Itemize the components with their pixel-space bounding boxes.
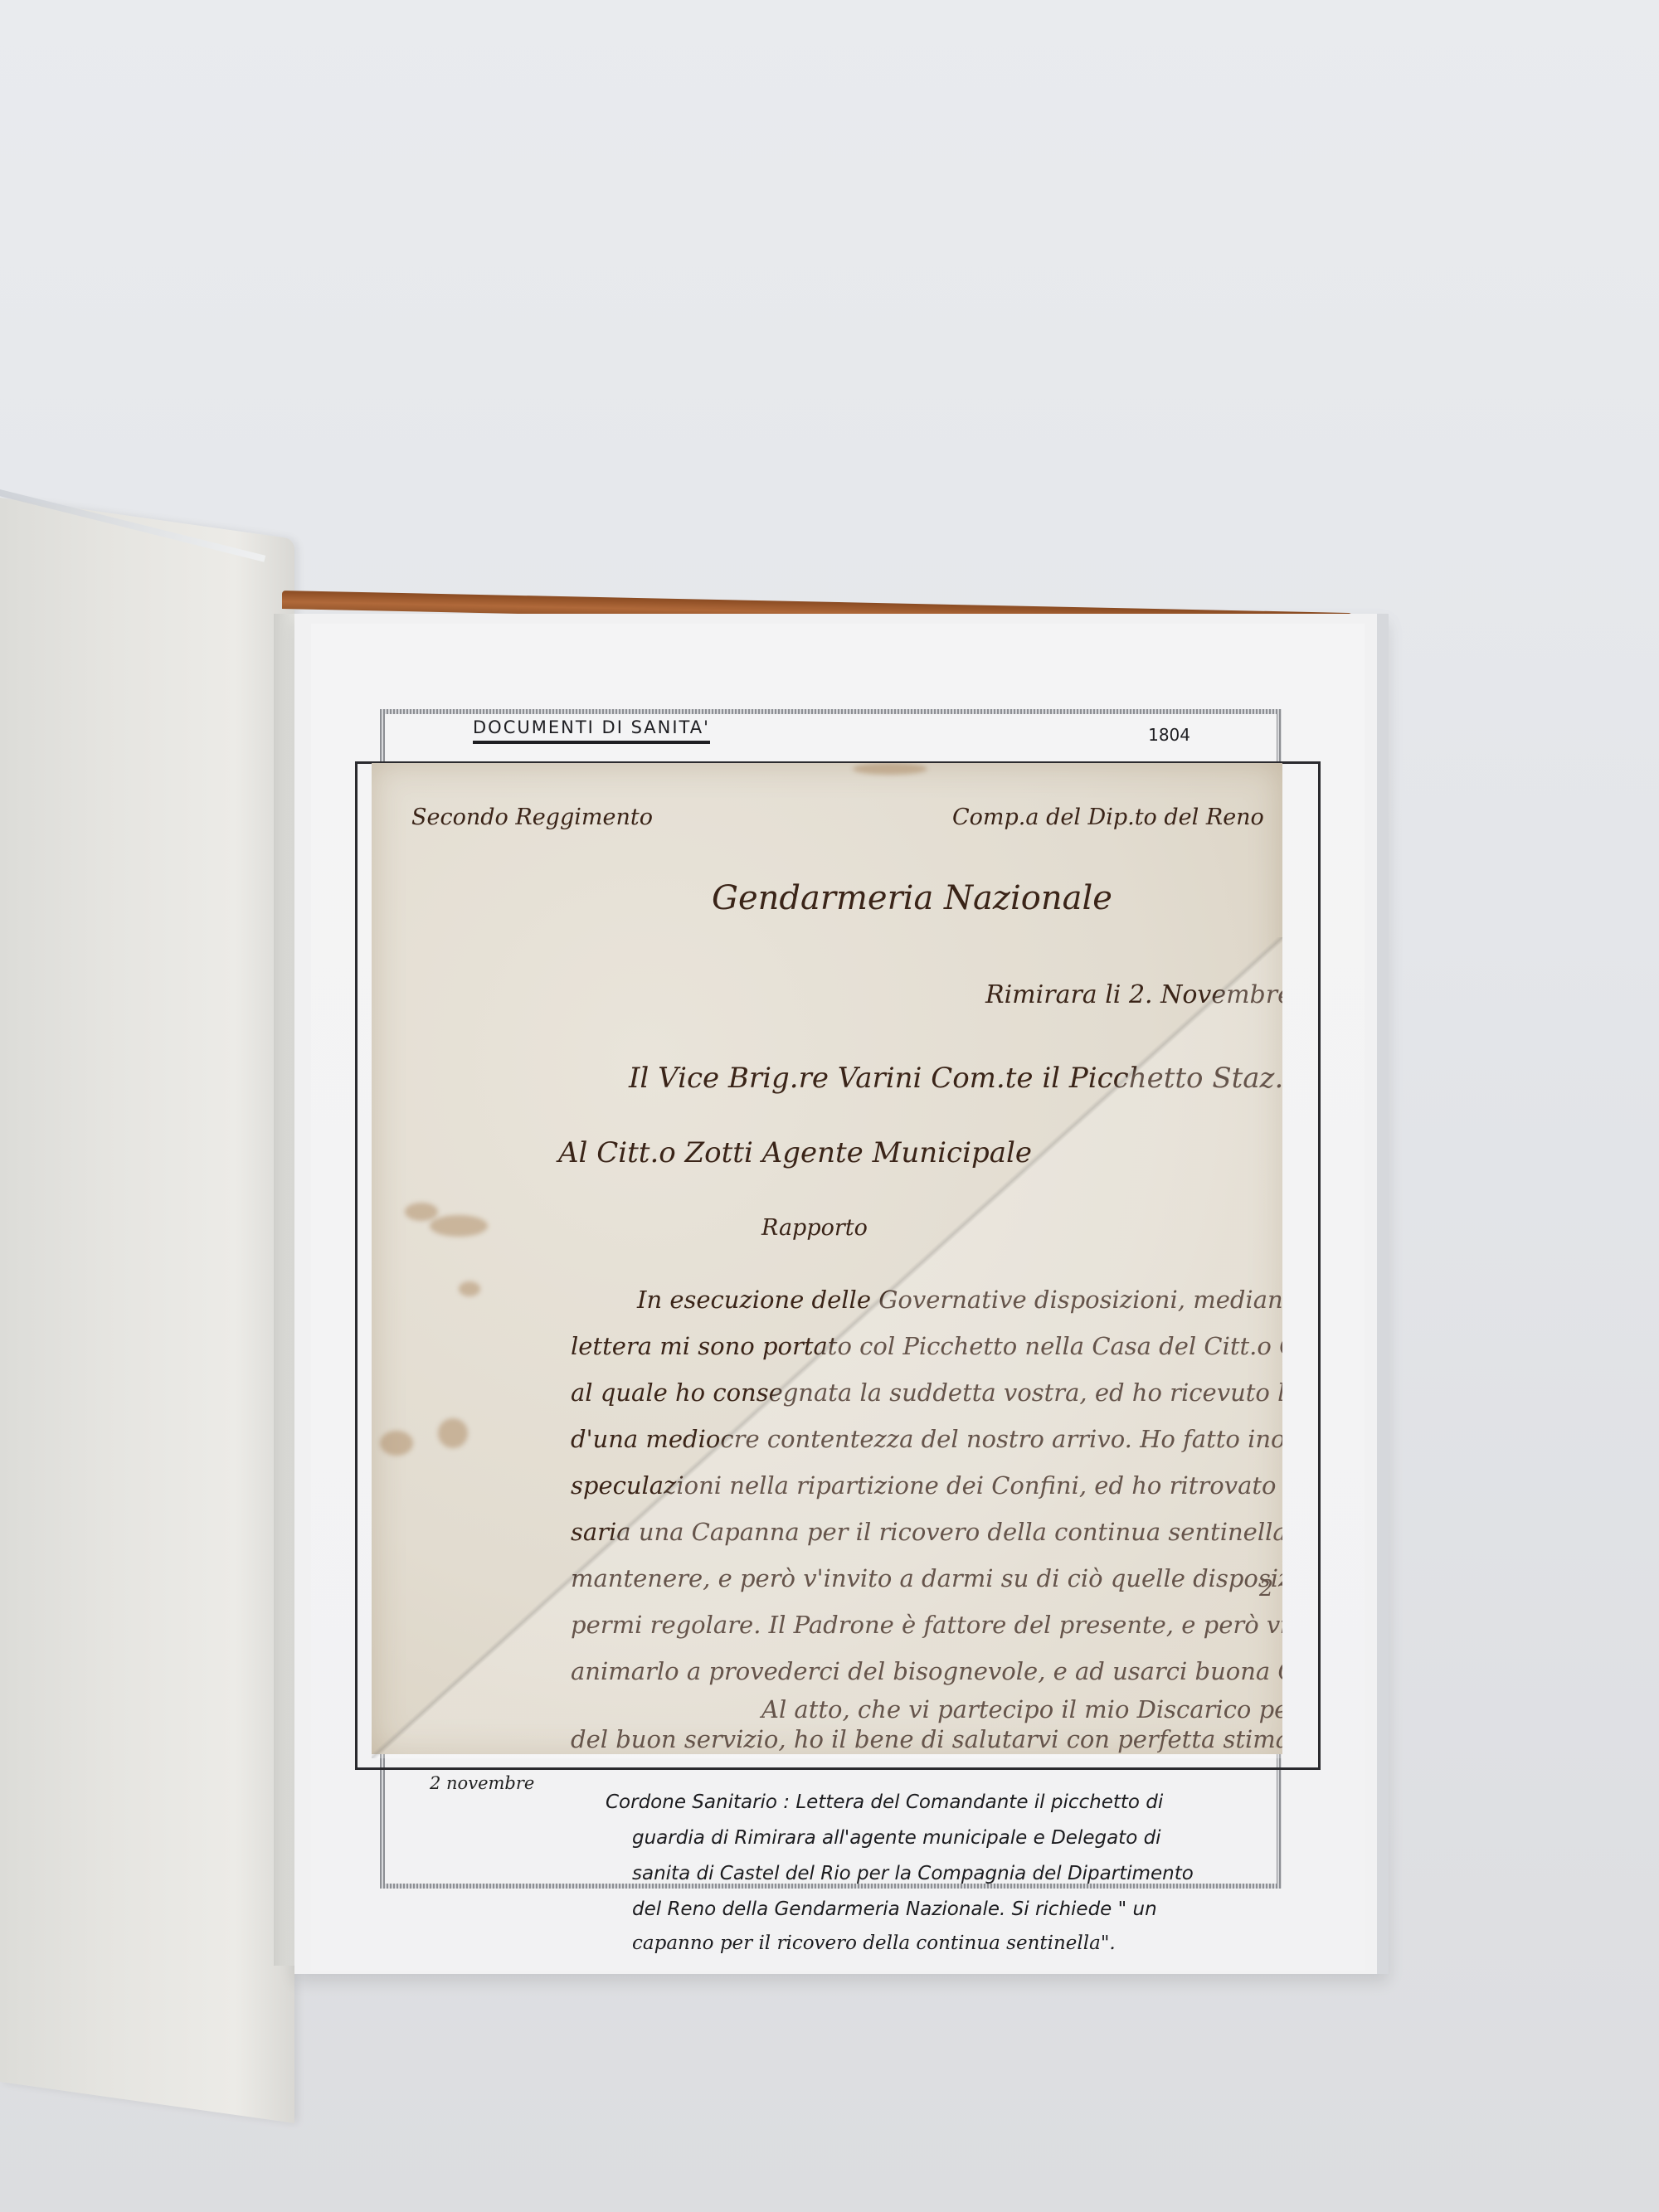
letter-heading: Gendarmeria Nazionale (712, 879, 1112, 917)
stain (438, 1418, 468, 1448)
letter-top-left: Secondo Reggimento (411, 805, 653, 830)
historical-letter: Secondo Reggimento Comp.a del Dip.to del… (372, 763, 1282, 1754)
body-line: Al atto, che vi partecipo il mio Discari… (761, 1695, 1282, 1723)
stain (380, 1431, 413, 1456)
body-line: al quale ho consegnata la suddetta vostr… (571, 1378, 1282, 1407)
sheet-header: DOCUMENTI DI SANITA' 1804 (390, 713, 1269, 759)
sheet-year: 1804 (1148, 725, 1190, 745)
body-line: In esecuzione delle Governative disposiz… (637, 1286, 1282, 1314)
body-line: saria una Capanna per il ricovero della … (571, 1518, 1282, 1546)
body-line: mantenere, e però v'invito a darmi su di… (571, 1564, 1282, 1592)
stain (459, 1281, 480, 1296)
letter-place-date: Rimirara li 2. Novembre 1804 (985, 980, 1282, 1009)
caption-line: capanno per il ricovero della continua s… (632, 1932, 1116, 1954)
body-line: speculazioni nella ripartizione dei Conf… (571, 1471, 1282, 1500)
body-line: d'una mediocre contentezza del nostro ar… (571, 1425, 1282, 1453)
caption-line: Cordone Sanitario : Lettera del Comandan… (606, 1791, 1163, 1813)
body-line: del buon servizio, ho il bene di salutar… (571, 1725, 1282, 1753)
letter-recipient: Al Citt.o Zotti Agente Municipale (558, 1136, 1032, 1169)
page-mark: 2 (1259, 1576, 1273, 1602)
stain (853, 763, 927, 775)
caption-line: del Reno della Gendarmeria Nazionale. Si… (632, 1898, 1157, 1920)
body-line: permi regolare. Il Padrone è fattore del… (571, 1611, 1282, 1639)
letter-sender: Il Vice Brig.re Varini Com.te il Picchet… (629, 1062, 1282, 1095)
stain (430, 1215, 488, 1237)
letter-top-right: Comp.a del Dip.to del Reno (952, 805, 1264, 830)
letter-subject: Rapporto (761, 1215, 868, 1241)
caption-line: sanita di Castel del Rio per la Compagni… (632, 1863, 1194, 1884)
caption-date: 2 novembre (430, 1773, 534, 1793)
body-line: animarlo a provederci del bisognevole, e… (571, 1657, 1282, 1685)
stain (405, 1203, 438, 1221)
body-line: lettera mi sono portato col Picchetto ne… (571, 1332, 1282, 1360)
caption-line: guardia di Rimirara all'agente municipal… (632, 1827, 1161, 1849)
left-flipped-page[interactable] (0, 498, 294, 2123)
sheet-title: DOCUMENTI DI SANITA' (473, 717, 710, 744)
